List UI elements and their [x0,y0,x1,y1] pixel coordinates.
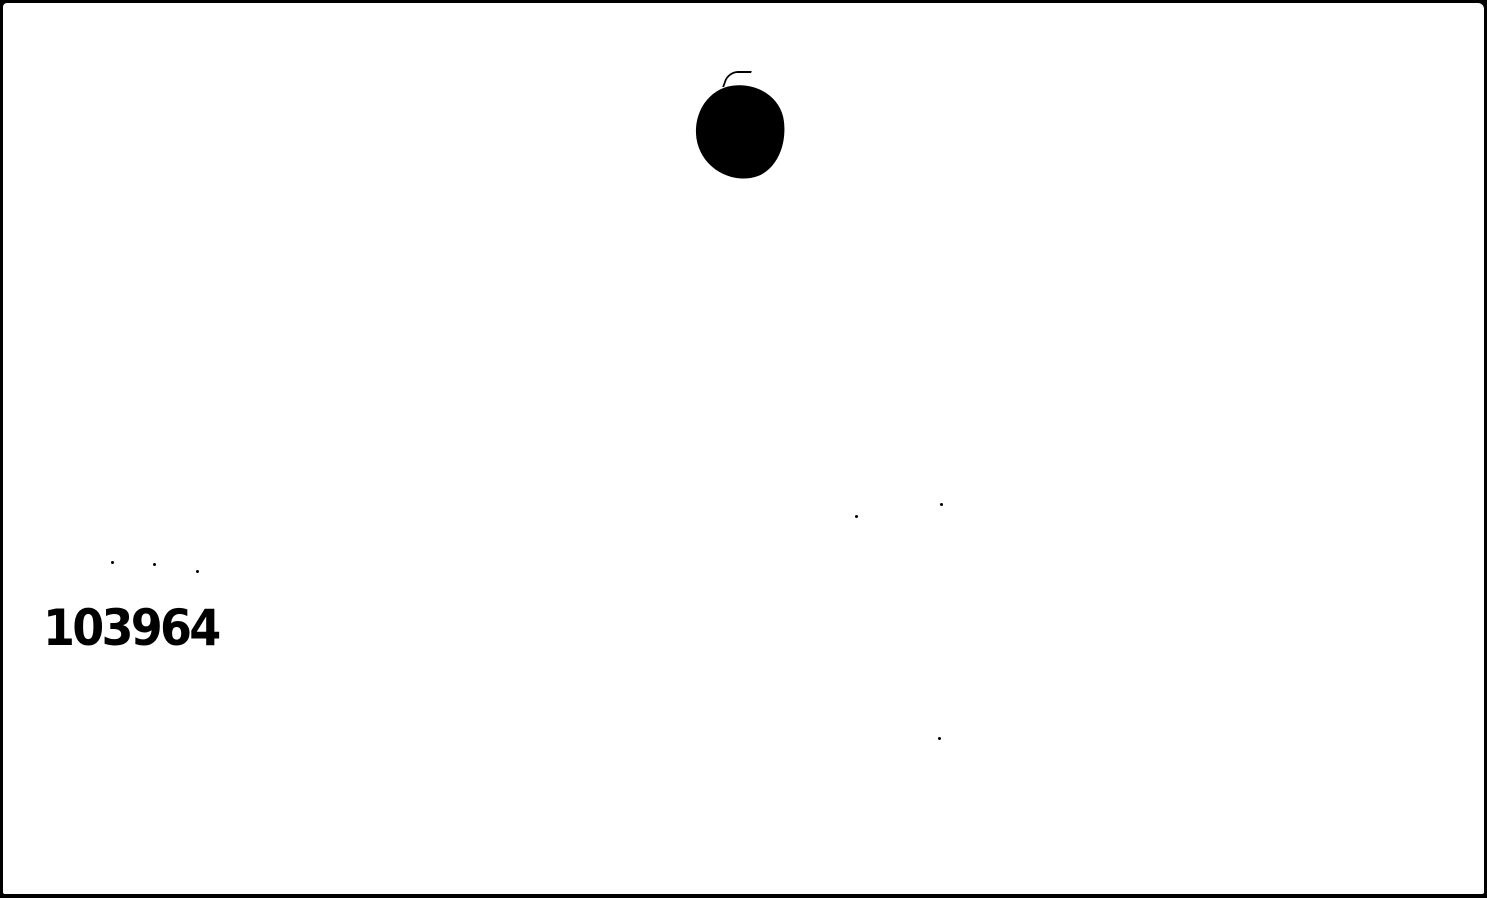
handwritten-number: 103964 [43,599,218,657]
speck [111,561,114,564]
punch-hole-flap [722,71,752,87]
speck [855,515,858,518]
punch-hole [690,79,791,184]
speck [940,503,943,506]
index-card: 103964 [3,3,1484,894]
speck [153,563,156,566]
speck [196,570,199,573]
speck [938,737,941,740]
